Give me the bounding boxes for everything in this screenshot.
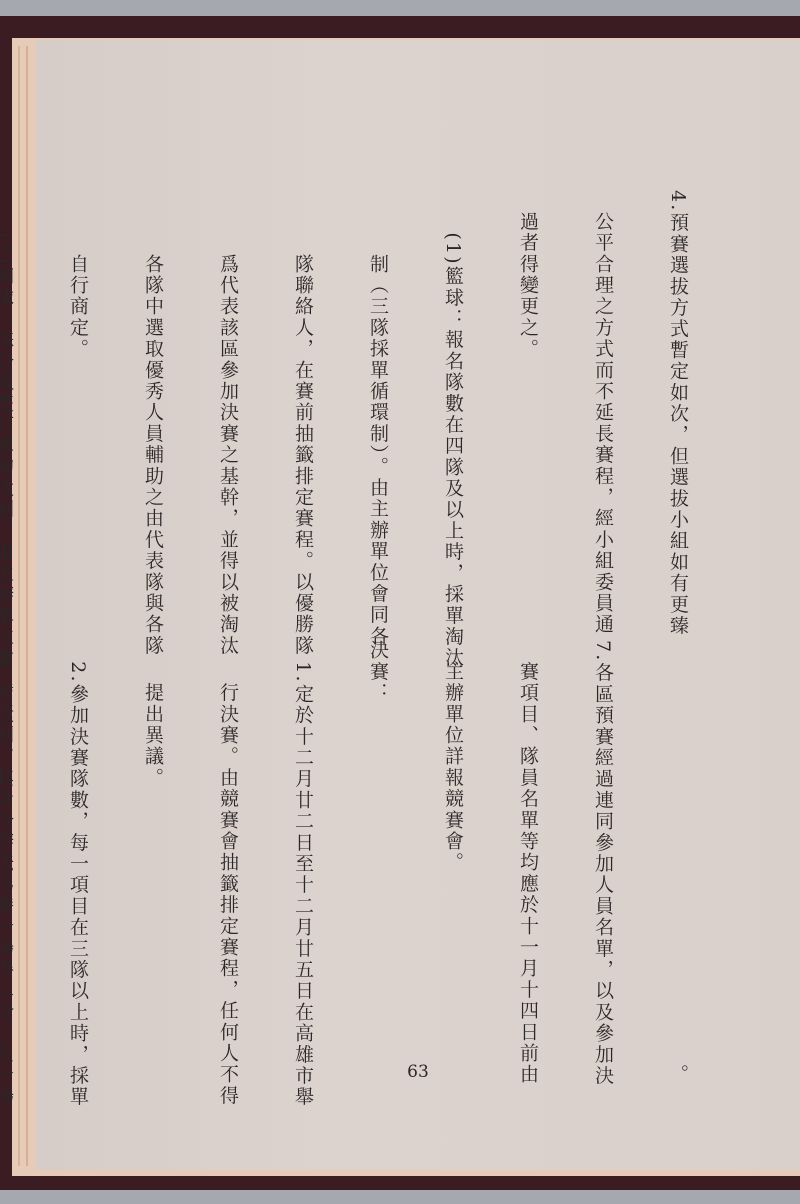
text-column: 各隊中選取優秀人員輔助之由代表隊與各隊: [140, 190, 165, 630]
text-column: 主辦單位詳報競賽會。: [440, 640, 465, 1080]
text-column: 7.各區預賽經過連同參加人員名單，以及參加決: [590, 640, 615, 1080]
text-column: 提出異議。: [140, 640, 165, 1080]
text-column: 。: [665, 640, 690, 1080]
text-column: 自行商定。: [65, 190, 90, 630]
text-column: (1)籃球：報名隊數在四隊及以上時，採單淘汰: [440, 190, 465, 630]
text-column: 4.預賽選拔方式暫定如次，但選拔小組如有更臻: [665, 190, 690, 630]
page-number: 63: [36, 1062, 800, 1082]
upper-text-block: 4.預賽選拔方式暫定如次，但選拔小組如有更臻 公平合理之方式而不延長賽程，經小組…: [0, 190, 740, 630]
text-column: 2.參加決賽隊數，每一項目在三隊以上時，採單: [65, 640, 90, 1080]
text-column: 行決賽。由競賽會抽籤排定賽程，任何人不得: [215, 640, 240, 1080]
text-column: 循環制。其計分辦法爲勝一場得二分，負一場: [0, 640, 15, 1080]
text-column: 決賽：: [365, 640, 390, 1080]
text-column: 制（三隊採單循環制）。由主辦單位會同各: [365, 190, 390, 630]
text-column: 賽項目、隊員名單等均應於十一月十四日前由: [515, 640, 540, 1080]
text-column: 過者得變更之。: [515, 190, 540, 630]
text-column: 公平合理之方式而不延長賽程，經小組委員通: [590, 190, 615, 630]
text-column: (2)網球：採分組雙打單淘汰制，由主辦單位會: [0, 190, 15, 630]
text-column: 隊聯絡人，在賽前抽籤排定賽程。以優勝隊: [290, 190, 315, 630]
book-page: 4.預賽選拔方式暫定如次，但選拔小組如有更臻 公平合理之方式而不延長賽程，經小組…: [36, 40, 800, 1170]
text-column: 1.定於十二月廿二日至十二月廿五日在高雄市舉: [290, 640, 315, 1080]
text-column: 爲代表該區參加決賽之基幹，並得以被淘汰: [215, 190, 240, 630]
lower-text-block: 。 7.各區預賽經過連同參加人員名單，以及參加決 賽項目、隊員名單等均應於十一月…: [0, 640, 740, 1080]
